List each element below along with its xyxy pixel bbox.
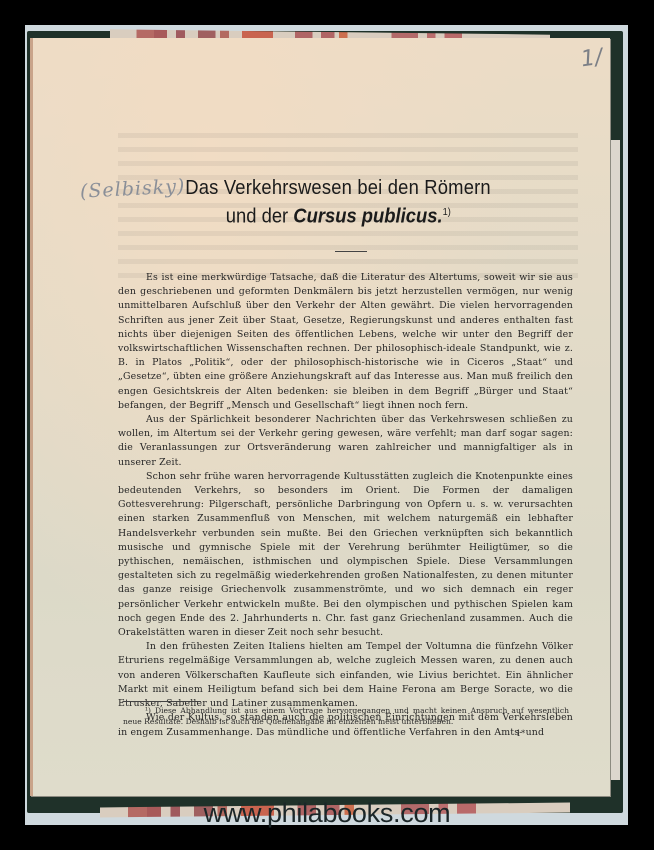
footnote-divider (123, 701, 201, 702)
paragraph: Schon sehr frühe waren hervorragende Kul… (118, 470, 573, 640)
title-prefix: und der (226, 206, 294, 228)
title-italic: Cursus publicus. (293, 206, 442, 228)
title-line-1: Das Verkehrswesen bei den Römern (185, 177, 491, 200)
paragraph: Aus der Spärlichkeit besonderer Nachrich… (118, 413, 573, 470)
title-footnote-mark: 1) (442, 207, 450, 218)
handwritten-page-number: 1/ (579, 45, 604, 73)
page-edge-right (611, 140, 620, 780)
watermark: www.philabooks.com (0, 798, 654, 829)
signature-mark: 1* (516, 729, 525, 738)
footnote-text: ¹) Diese Abhandlung ist aus einem Vortra… (123, 705, 569, 727)
document-page: 1/ (Selbisky) Das Verkehrswesen bei den … (30, 38, 610, 796)
book-photo: 1/ (Selbisky) Das Verkehrswesen bei den … (25, 25, 628, 825)
body-text: Es ist eine merkwürdige Tatsache, daß di… (118, 271, 573, 740)
title-divider (335, 251, 367, 252)
footnote: ¹) Diese Abhandlung ist aus einem Vortra… (123, 705, 569, 727)
title-line-2: und der Cursus publicus.1) (226, 201, 451, 229)
paragraph: Es ist eine merkwürdige Tatsache, daß di… (118, 271, 573, 413)
page-title: Das Verkehrswesen bei den Römern und der… (133, 177, 543, 230)
